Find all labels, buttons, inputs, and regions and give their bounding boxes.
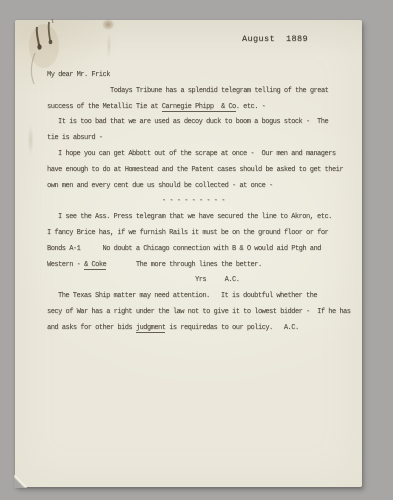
letter-line: have enough to do at Homestead and the P… <box>47 163 359 179</box>
letter-line: tie is absurd - <box>47 131 359 147</box>
letter-body: My dear Mr. Frick Todays Tribune has a s… <box>47 68 359 337</box>
underlined-text: & Coke <box>84 261 106 271</box>
letter-line: - - - - - - - - - <box>47 194 359 210</box>
edge-smudge <box>25 118 39 162</box>
letter-line: secy of War has a right under the law no… <box>47 305 359 321</box>
letter-page: August 1889 My dear Mr. Frick Todays Tri… <box>15 20 362 487</box>
underlined-text: Carnegie Phipp & Co <box>162 103 236 113</box>
salutation: My dear Mr. Frick <box>47 68 359 84</box>
letter-line: I hope you can get Abbott out of the scr… <box>47 147 359 163</box>
letter-line: Yrs A.C. <box>47 273 359 289</box>
letter-line: success of the Metallic Tie at Carnegie … <box>47 100 359 116</box>
scan-background: August 1889 My dear Mr. Frick Todays Tri… <box>0 0 393 500</box>
letter-line: own men and every cent due us should be … <box>47 179 359 195</box>
letter-line: I see the Ass. Press telegram that we ha… <box>47 210 359 226</box>
letter-paragraphs: Todays Tribune has a splendid telegram t… <box>47 84 359 337</box>
letter-line: Bonds A-1 No doubt a Chicago connection … <box>47 242 359 258</box>
underlined-text: judgment <box>136 324 166 334</box>
letter-line: and asks for other bids judgment is requ… <box>47 321 359 337</box>
corner-fold <box>14 475 27 488</box>
letter-line: The Texas Ship matter may need attention… <box>47 289 359 305</box>
tear-stain <box>95 19 119 65</box>
letter-line: I fancy Brice has, if we furnish Rails i… <box>47 226 359 242</box>
letter-line: It is too bad that we are used as decoy … <box>47 115 359 131</box>
letter-line: Western - & Coke The more through lines … <box>47 258 359 274</box>
letter-date: August 1889 <box>242 34 308 44</box>
letter-line: Todays Tribune has a splendid telegram t… <box>47 84 359 100</box>
